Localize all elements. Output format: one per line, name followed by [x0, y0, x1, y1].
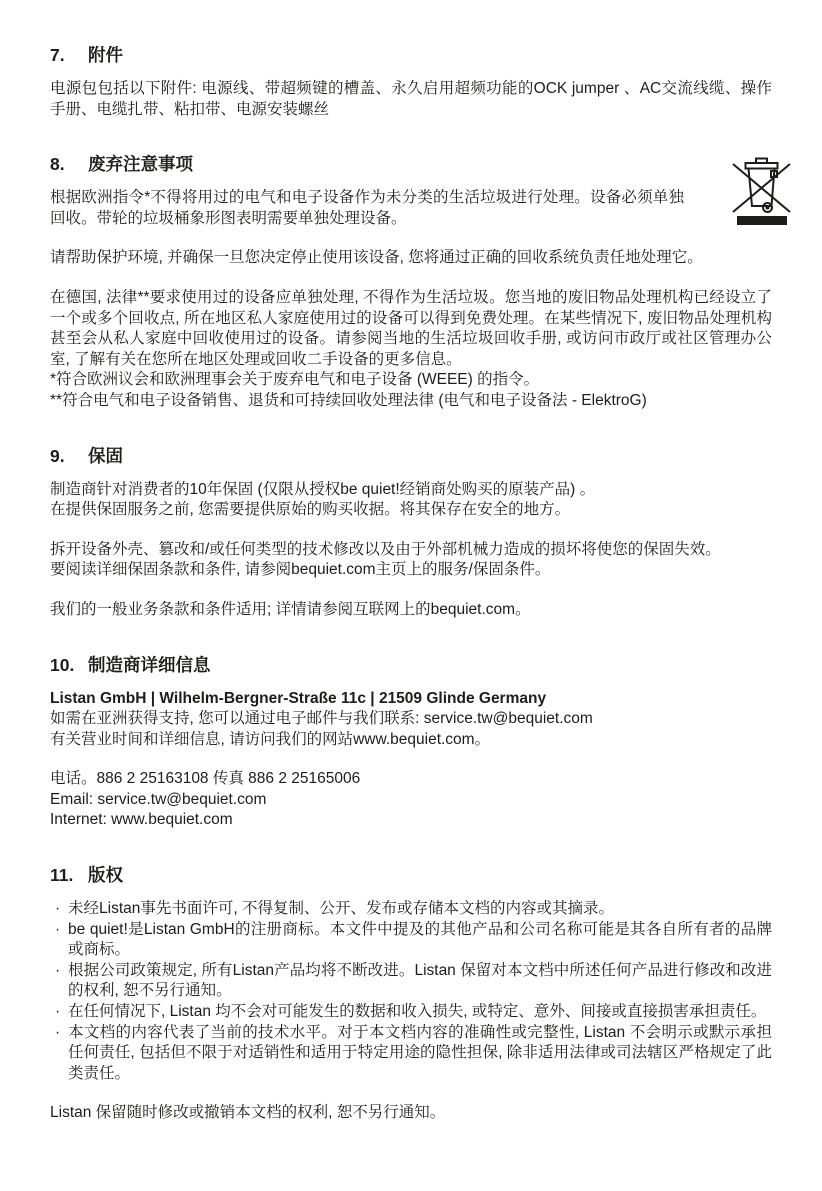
copyright-bullet-list: · 未经Listan事先书面许可, 不得复制、公开、发布或存储本文档的内容或其摘… — [50, 899, 772, 1084]
bullet-text: 根据公司政策规定, 所有Listan产品均将不断改进。Listan 保留对本文档… — [68, 962, 772, 1000]
list-item: · 本文档的内容代表了当前的技术水平。对于本文档内容的准确性或完整性, List… — [50, 1023, 772, 1085]
paragraph: 根据欧洲指令*不得将用过的电气和电子设备作为未分类的生活垃圾进行处理。设备必须单… — [50, 188, 772, 229]
section-heading: 10. 制造商详细信息 — [50, 654, 772, 676]
paragraph: 请帮助保护环境, 并确保一旦您决定停止使用该设备, 您将通过正确的回收系统负责任… — [50, 248, 772, 269]
bullet-text: be quiet!是Listan GmbH的注册商标。本文件中提及的其他产品和公… — [68, 921, 772, 959]
email-line: Email: service.tw@bequiet.com — [50, 790, 772, 811]
section-warranty: 9. 保固 制造商针对消费者的10年保固 (仅限从授权be quiet!经销商处… — [50, 445, 772, 621]
bullet-marker: · — [55, 899, 60, 920]
internet-line: Internet: www.bequiet.com — [50, 810, 772, 831]
paragraph-line: 在提供保固服务之前, 您需要提供原始的购买收据。将其保存在安全的地方。 — [50, 500, 772, 521]
paragraph-line: 有关营业时间和详细信息, 请访问我们的网站www.bequiet.com。 — [50, 730, 772, 751]
section-title: 保固 — [88, 445, 123, 467]
section-title: 版权 — [88, 864, 123, 886]
section-heading: 9. 保固 — [50, 445, 772, 467]
section-copyright: 11. 版权 · 未经Listan事先书面许可, 不得复制、公开、发布或存储本文… — [50, 864, 772, 1124]
bullet-text: 在任何情况下, Listan 均不会对可能发生的数据和收入损失, 或特定、意外、… — [68, 1003, 766, 1020]
bullet-marker: · — [55, 920, 60, 941]
section-number: 9. — [50, 445, 88, 467]
bullet-marker: · — [55, 961, 60, 982]
section-title: 附件 — [88, 44, 123, 66]
bullet-marker: · — [55, 1023, 60, 1044]
closing-line: Listan 保留随时修改或撤销本文档的权利, 恕不另行通知。 — [50, 1103, 772, 1124]
manual-page: 7. 附件 电源包包括以下附件: 电源线、带超频键的槽盖、永久启用超频功能的OC… — [0, 0, 822, 1191]
section-title: 制造商详细信息 — [88, 654, 211, 676]
weee-crossed-out-wheeled-bin-icon — [732, 155, 792, 232]
list-item: · be quiet!是Listan GmbH的注册商标。本文件中提及的其他产品… — [50, 920, 772, 961]
bullet-text: 未经Listan事先书面许可, 不得复制、公开、发布或存储本文档的内容或其摘录。 — [68, 900, 614, 917]
section-heading: 8. 废弃注意事项 — [50, 153, 772, 175]
paragraph-line: 制造商针对消费者的10年保固 (仅限从授权be quiet!经销商处购买的原装产… — [50, 480, 772, 501]
paragraph-line: 如需在亚洲获得支持, 您可以通过电子邮件与我们联系: service.tw@be… — [50, 709, 772, 730]
paragraph-line: 要阅读详细保固条款和条件, 请参阅bequiet.com主页上的服务/保固条件。 — [50, 560, 772, 581]
section-heading: 11. 版权 — [50, 864, 772, 886]
phone-fax-line: 电话。886 2 25163108 传真 886 2 25165006 — [50, 769, 772, 790]
section-number: 7. — [50, 44, 88, 66]
section-title: 废弃注意事项 — [88, 153, 193, 175]
paragraph: 在德国, 法律**要求使用过的设备应单独处理, 不得作为生活垃圾。您当地的废旧物… — [50, 288, 772, 370]
paragraph-line: 拆开设备外壳、篡改和/或任何类型的技术修改以及由于外部机械力造成的损坏将使您的保… — [50, 540, 772, 561]
section-heading: 7. 附件 — [50, 44, 772, 66]
list-item: · 根据公司政策规定, 所有Listan产品均将不断改进。Listan 保留对本… — [50, 961, 772, 1002]
section-disposal: 8. 废弃注意事项 根据欧洲指令*不得将用过的电气和电子设备作为未分类的生活垃圾… — [50, 153, 772, 411]
list-item: · 在任何情况下, Listan 均不会对可能发生的数据和收入损失, 或特定、意… — [50, 1002, 772, 1023]
section-number: 10. — [50, 654, 88, 676]
paragraph-line: 我们的一般业务条款和条件适用; 详情请参阅互联网上的bequiet.com。 — [50, 600, 772, 621]
footnote: *符合欧洲议会和欧洲理事会关于废弃电气和电子设备 (WEEE) 的指令。 — [50, 370, 772, 391]
footnote: **符合电气和电子设备销售、退货和可持续回收处理法律 (电气和电子设备法 - E… — [50, 391, 772, 412]
paragraph: 电源包包括以下附件: 电源线、带超频键的槽盖、永久启用超频功能的OCK jump… — [50, 79, 772, 120]
bullet-marker: · — [55, 1002, 60, 1023]
section-accessories: 7. 附件 电源包包括以下附件: 电源线、带超频键的槽盖、永久启用超频功能的OC… — [50, 44, 772, 120]
section-number: 8. — [50, 153, 88, 175]
manufacturer-address: Listan GmbH | Wilhelm-Bergner-Straße 11c… — [50, 689, 772, 710]
section-manufacturer: 10. 制造商详细信息 Listan GmbH | Wilhelm-Bergne… — [50, 654, 772, 832]
list-item: · 未经Listan事先书面许可, 不得复制、公开、发布或存储本文档的内容或其摘… — [50, 899, 772, 920]
bullet-text: 本文档的内容代表了当前的技术水平。对于本文档内容的准确性或完整性, Listan… — [68, 1024, 772, 1082]
section-number: 11. — [50, 864, 88, 886]
